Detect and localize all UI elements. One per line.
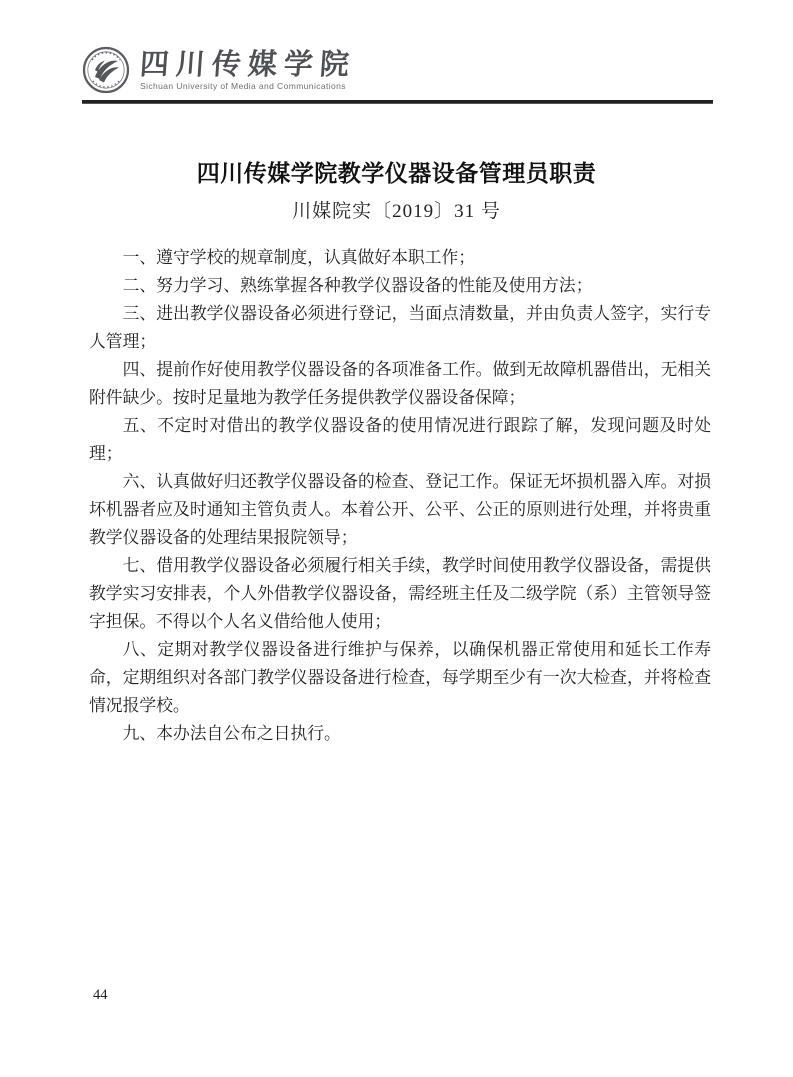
- paragraph-3: 三、进出教学仪器设备必须进行登记，当面点清数量，并由负责人签字，实行专人管理；: [89, 300, 711, 356]
- paragraph-8: 八、定期对教学仪器设备进行维护与保养，以确保机器正常使用和延长工作寿命，定期组织…: [89, 636, 711, 720]
- university-name-en: Sichuan University of Media and Communic…: [140, 81, 356, 91]
- paragraph-9: 九、本办法自公布之日执行。: [89, 720, 711, 748]
- logo-text-block: 四川传媒学院 Sichuan University of Media and C…: [140, 46, 356, 91]
- document-number: 川媒院实〔2019〕31 号: [0, 196, 793, 223]
- header-divider: [82, 100, 713, 104]
- paragraph-5: 五、不定时对借出的教学仪器设备的使用情况进行跟踪了解，发现问题及时处理；: [89, 412, 711, 468]
- paragraph-1: 一、遵守学校的规章制度，认真做好本职工作；: [89, 244, 711, 272]
- university-logo: 四川传媒学院 Sichuan University of Media and C…: [82, 46, 713, 96]
- document-page: 四川传媒学院 Sichuan University of Media and C…: [0, 0, 793, 1077]
- paragraph-2: 二、努力学习、熟练掌握各种教学仪器设备的性能及使用方法；: [89, 272, 711, 300]
- document-title: 四川传媒学院教学仪器设备管理员职责: [0, 155, 793, 188]
- paragraph-4: 四、提前作好使用教学仪器设备的各项准备工作。做到无故障机器借出，无相关附件缺少。…: [89, 356, 711, 412]
- paragraph-6: 六、认真做好归还教学仪器设备的检查、登记工作。保证无坏损机器入库。对损坏机器者应…: [89, 468, 711, 552]
- university-name-zh: 四川传媒学院: [139, 48, 357, 80]
- page-number: 44: [93, 987, 108, 1004]
- document-body: 一、遵守学校的规章制度，认真做好本职工作； 二、努力学习、熟练掌握各种教学仪器设…: [89, 244, 711, 748]
- university-seal-icon: [82, 46, 130, 94]
- letterhead: 四川传媒学院 Sichuan University of Media and C…: [82, 46, 713, 104]
- paragraph-7: 七、借用教学仪器设备必须履行相关手续，教学时间使用教学仪器设备，需提供教学实习安…: [89, 552, 711, 636]
